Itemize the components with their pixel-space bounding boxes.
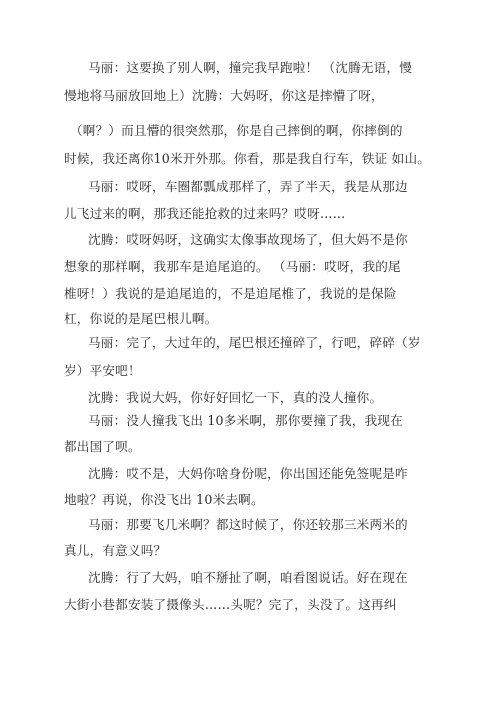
dialogue-line: 马丽：没人撞我飞出 10多米啊，那你要撞了我，我现在 — [88, 413, 403, 429]
dialogue-line: 岁）平安吧！ — [64, 363, 141, 379]
dialogue-line: 儿飞过来的啊，那我还能抢救的过来吗？哎呀…… — [64, 206, 345, 222]
dialogue-line: 地啦？再说，你没飞出 10米去啊。 — [64, 492, 264, 508]
dialogue-line: 时候，我还离你10米开外那。你看，那是我自行车，铁证 如山。 — [64, 151, 430, 167]
dialogue-line: 慢地将马丽放回地上）沈腾：大妈呀，你这是摔懵了呀， — [64, 88, 384, 104]
dialogue-line: 都出国了呗。 — [64, 439, 141, 455]
dialogue-line: 马丽：那要飞几米啊？都这时候了，你还较那三米两米的 — [88, 517, 408, 533]
dialogue-line: 沈腾：行了大妈，咱不掰扯了啊，咱看图说话。好在现在 — [88, 570, 408, 586]
dialogue-line: 马丽：这要换了别人啊，撞完我早跑啦！ （沈腾无语，慢 — [88, 60, 412, 76]
dialogue-line: 大街小巷都安装了摄像头……头呢？完了，头没了。这再纠 — [64, 597, 397, 613]
dialogue-line: 沈腾：我说大妈，你好好回忆一下，真的没人撞你。 — [88, 390, 382, 406]
dialogue-line: 沈腾：哎呀妈呀，这确实太像事故现场了，但大妈不是你 — [88, 232, 408, 248]
dialogue-line: （啊？）而且懵的很突然那，你是自己摔倒的啊，你摔倒的 — [70, 123, 403, 139]
dialogue-line: 马丽：哎呀，车圈都瓢成那样了，弄了半天，我是从那边 — [88, 179, 408, 195]
dialogue-line: 真儿，有意义吗？ — [64, 543, 166, 559]
dialogue-line: 沈腾：哎不是，大妈你啥身份呢，你出国还能免签呢是咋 — [88, 466, 408, 482]
dialogue-line: 马丽：完了，大过年的，尾巴根还撞碎了，行吧，碎碎（岁 — [88, 335, 421, 351]
document-page: 马丽：这要换了别人啊，撞完我早跑啦！ （沈腾无语，慢 慢地将马丽放回地上）沈腾：… — [0, 0, 500, 708]
dialogue-line: 杠，你说的是尾巴根儿啊。 — [64, 311, 218, 327]
dialogue-line: 想象的那样啊，我那车是追尾追的。 （马丽：哎呀，我的尾 — [64, 259, 401, 275]
dialogue-line: 椎呀！）我说的是追尾追的，不是追尾椎了，我说的是保险 — [64, 286, 397, 302]
